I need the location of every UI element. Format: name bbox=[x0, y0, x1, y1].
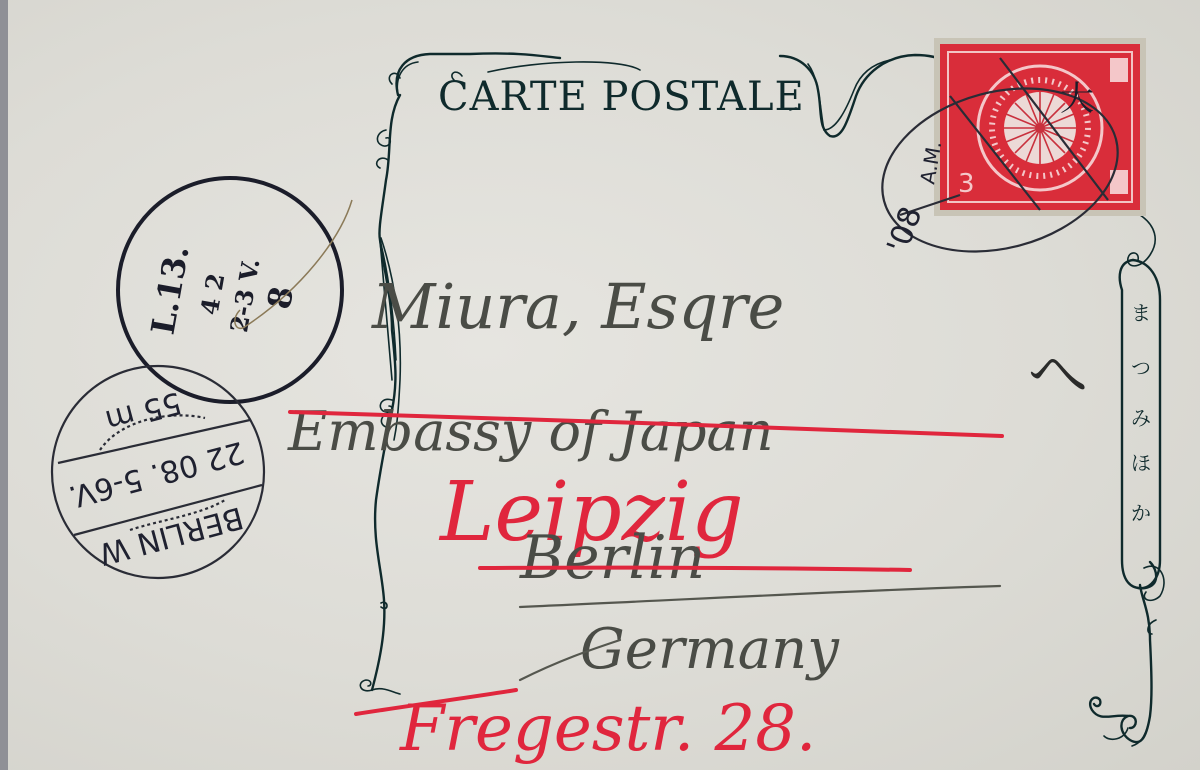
japanese-char: か bbox=[1131, 501, 1151, 525]
japanese-side-text: ま つ み ほ か bbox=[1131, 301, 1151, 525]
cancel-kanji: 大 bbox=[1060, 79, 1094, 119]
postmark-line: 8 bbox=[260, 283, 301, 312]
address-line-berlin: Berlin bbox=[519, 523, 705, 593]
japanese-char: ほ bbox=[1131, 451, 1151, 475]
address-line-name: Miura, Esqre bbox=[371, 270, 784, 343]
postage-stamp: 3 bbox=[934, 38, 1146, 216]
address-line-street: Fregestr. 28. bbox=[399, 692, 816, 766]
japanese-char: み bbox=[1131, 406, 1151, 430]
japanese-char: つ bbox=[1131, 356, 1151, 380]
berlin-date: 22 08. 5-6V. bbox=[65, 434, 248, 514]
leipzig-arrival-postmark: L.13. 4 2 2-3 V. 8 bbox=[118, 178, 352, 402]
strikethrough-leipzig bbox=[480, 568, 910, 570]
berlin-office: 55 m bbox=[102, 384, 185, 438]
card-heading: CARTE POSTALE bbox=[438, 74, 805, 120]
postmark-line: L.13. bbox=[144, 243, 197, 338]
address-line-embassy: Embassy of Japan bbox=[287, 400, 774, 463]
postcard: CARTE POSTALE ま つ み ほ か へ bbox=[8, 0, 1200, 770]
photo-stage: CARTE POSTALE ま つ み ほ か へ bbox=[0, 0, 1200, 770]
stamp-denomination: 3 bbox=[958, 169, 975, 199]
address-line-country: Germany bbox=[580, 617, 840, 682]
berlin-postmark: 22 08. 5-6V. 55 m BERLIN W bbox=[48, 366, 264, 578]
japanese-char: ま bbox=[1131, 301, 1151, 325]
postmark-line: 4 2 bbox=[195, 271, 231, 317]
postmark-line: 2-3 V. bbox=[224, 256, 265, 334]
marginal-mark: へ bbox=[1028, 340, 1088, 410]
heading-flourish bbox=[488, 62, 640, 72]
postcard-artwork: CARTE POSTALE ま つ み ほ か へ bbox=[8, 0, 1200, 770]
